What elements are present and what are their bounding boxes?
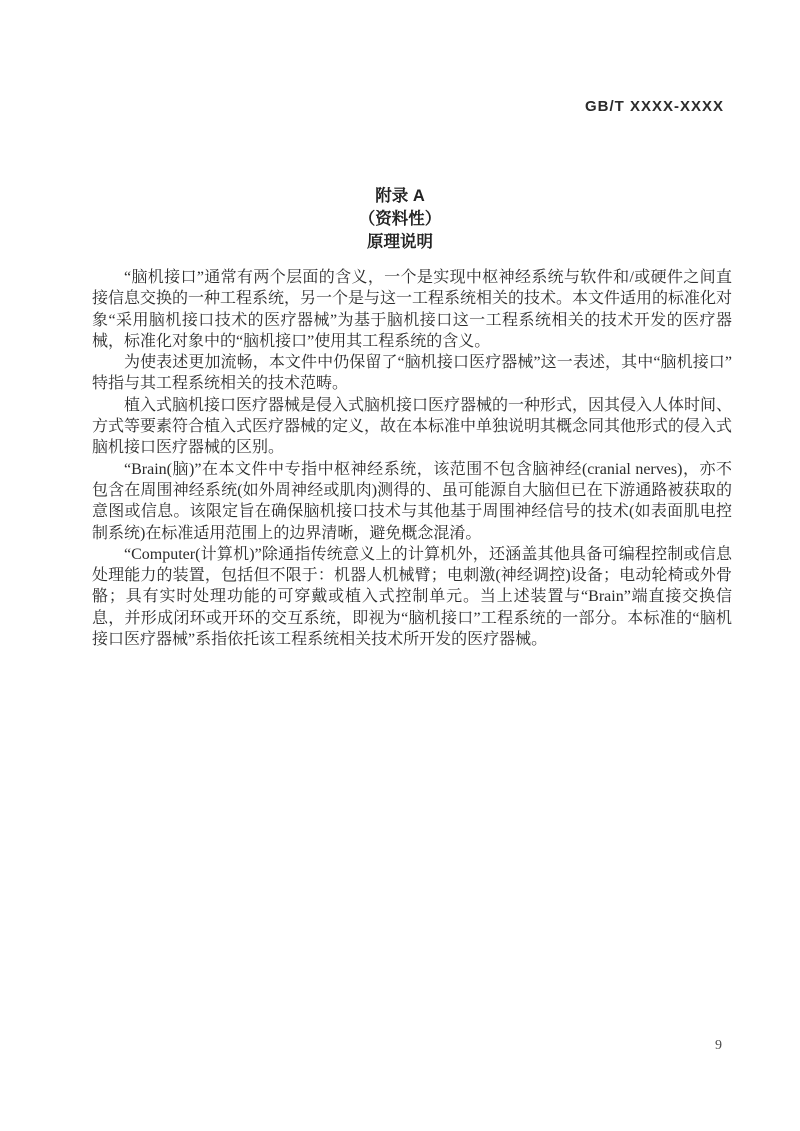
paragraph: 植入式脑机接口医疗器械是侵入式脑机接口医疗器械的一种形式，因其侵入人体时间、方式… bbox=[92, 395, 732, 459]
paragraph: “脑机接口”通常有两个层面的含义，一个是实现中枢神经系统与软件和/或硬件之间直接… bbox=[92, 267, 732, 352]
paragraph: “Brain(脑)”在本文件中专指中枢神经系统，该范围不包含脑神经(crania… bbox=[92, 459, 732, 544]
document-page: GB/T XXXX-XXXX 附录 A （资料性） 原理说明 “脑机接口”通常有… bbox=[0, 0, 800, 1131]
standard-code-header: GB/T XXXX-XXXX bbox=[585, 98, 724, 115]
page-number: 9 bbox=[715, 1038, 722, 1054]
paragraph: 为使表述更加流畅，本文件中仍保留了“脑机接口医疗器械”这一表述，其中“脑机接口”… bbox=[92, 352, 732, 395]
appendix-title-block: 附录 A （资料性） 原理说明 bbox=[0, 185, 800, 254]
appendix-name: 原理说明 bbox=[0, 231, 800, 254]
body-text: “脑机接口”通常有两个层面的含义，一个是实现中枢神经系统与软件和/或硬件之间直接… bbox=[92, 267, 732, 650]
appendix-nature: （资料性） bbox=[0, 208, 800, 231]
paragraph: “Computer(计算机)”除通指传统意义上的计算机外，还涵盖其他具备可编程控… bbox=[92, 544, 732, 650]
appendix-label: 附录 A bbox=[0, 185, 800, 208]
